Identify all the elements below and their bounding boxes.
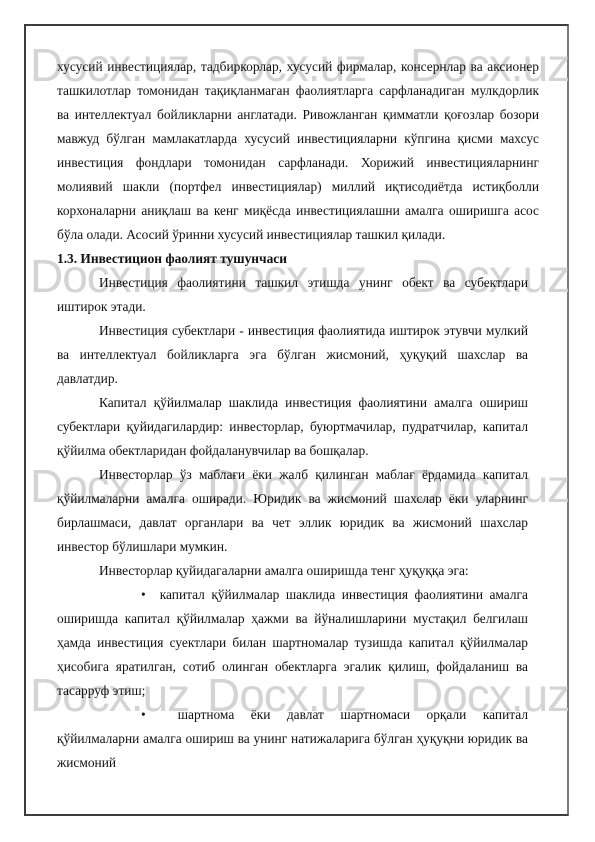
document-body: хусусий инвестициялар, тадбиркорлар, хус… [57,55,539,775]
bullet-item: •капитал қўйилмалар шаклида инвестиция ф… [57,583,528,703]
paragraph: Инвесторлар ўз маблағи ёки жалб қилинган… [57,463,528,559]
paragraph: Инвестиция фаолиятини ташкил этишда унин… [57,271,528,319]
section-heading: 1.3. Инвестицион фаолият тушунчаси [57,247,539,271]
bullet-icon: • [99,703,146,727]
paragraph: Инвестиция субектлари - инвестиция фаоли… [57,319,528,391]
bullet-item: •шартнома ёки давлат шартномаси орқали к… [57,703,528,775]
paragraph: Инвесторлар қуйидагаларни амалга оширишд… [57,559,528,583]
intro-paragraph: хусусий инвестициялар, тадбиркорлар, хус… [57,55,539,247]
section-body: Инвестиция фаолиятини ташкил этишда унин… [57,271,528,775]
paragraph: Капитал қўйилмалар шаклида инвестиция фа… [57,391,528,463]
bullet-icon: • [99,583,146,607]
